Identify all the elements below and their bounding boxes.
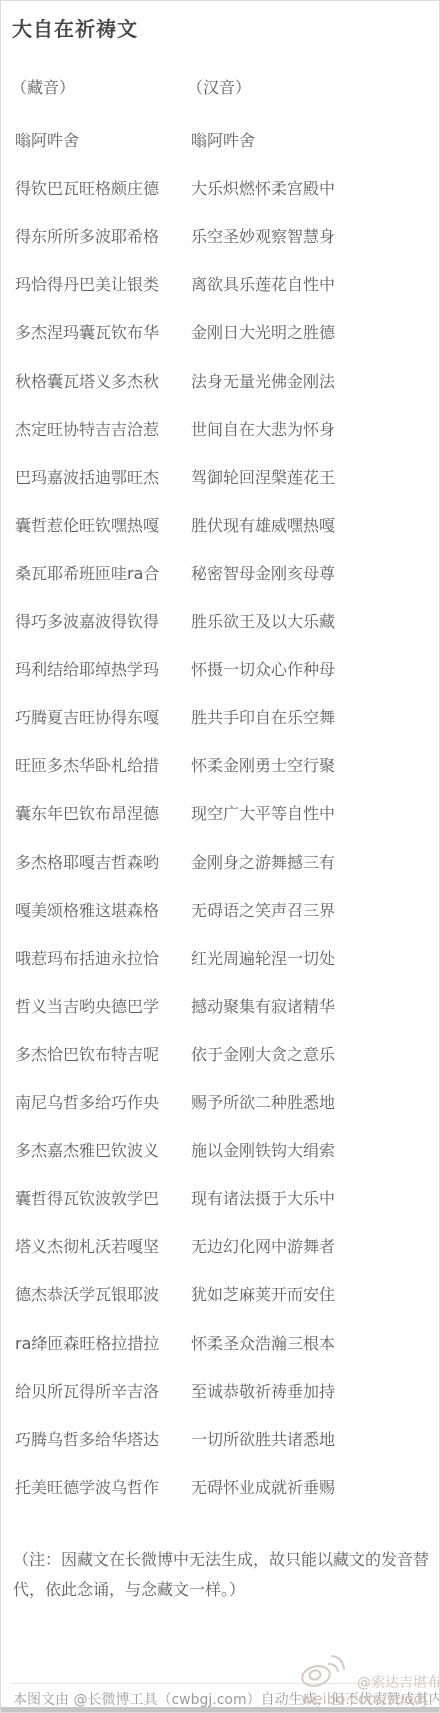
prayer-row: 多杰格耶嘎吉哲森哟金刚身之游舞撼三有 [1,850,439,872]
chinese-meaning: 金刚身之游舞撼三有 [191,850,335,873]
prayer-row: 哦惹玛布括迪永拉恰红光周遍轮涅一切处 [1,946,439,968]
chinese-meaning: 一切所欲胜共诸悉地 [191,1427,335,1450]
prayer-row: 哲义当吉哟央德巴学撼动聚集有寂诸精华 [1,994,439,1016]
tibetan-phonetic: 得钦巴瓦旺格颇庄德 [15,176,159,199]
tibetan-phonetic: 南尼乌哲多给巧作央 [15,1090,159,1113]
tibetan-phonetic: 嘎美颂格雅这堪森格 [15,898,159,921]
chinese-meaning: 大乐炽燃怀柔宫殿中 [191,176,335,199]
footnote: （注：因藏文在长微博中无法生成，故只能以藏文的发音替代，依此念诵，与念藏文一样。… [13,1545,429,1605]
prayer-row: 南尼乌哲多给巧作央赐予所欲二种胜悉地 [1,1090,439,1112]
tibetan-phonetic: 多杰恰巴钦布特吉呢 [15,1042,159,1065]
bottom-strip [1,1707,439,1712]
tibetan-phonetic: 哦惹玛布括迪永拉恰 [15,946,159,969]
prayer-row: 多杰恰巴钦布特吉呢依于金刚大贪之意乐 [1,1042,439,1064]
chinese-meaning: 怀柔圣众浩瀚三根本 [191,1331,335,1354]
tibetan-phonetic: 杰定旺协特吉吉洽惹 [15,417,159,440]
prayer-row: 杰定旺协特吉吉洽惹世间自在大悲为怀身 [1,417,439,439]
tibetan-phonetic: 德杰恭沃学瓦银耶波 [15,1282,159,1305]
weibo-icon [299,1651,347,1693]
prayer-row: 囊哲得瓦钦波敦学巴现有诸法摄于大乐中 [1,1186,439,1208]
tibetan-phonetic: 给贝所瓦得所辛吉洛 [15,1379,159,1402]
chinese-meaning: 法身无量光佛金刚法 [191,369,335,392]
tibetan-phonetic: 得东所所多波耶希格 [15,224,159,247]
watermark-url: weibo.com/suodj [301,1690,427,1708]
prayer-row: 给贝所瓦得所辛吉洛至诚恭敬祈祷垂加持 [1,1379,439,1401]
prayer-row: 桑瓦耶希班匝哇ra合秘密智母金刚亥母尊 [1,561,439,583]
tibetan-phonetic: 秋格囊瓦塔义多杰秋 [15,369,159,392]
watermark-handle: @索达吉堪布 [357,1672,440,1692]
chinese-meaning: 现空广大平等自性中 [191,801,335,824]
page-title: 大自在祈祷文 [12,13,138,42]
tibetan-phonetic: 囊东年巴钦布昂涅德 [15,801,159,824]
prayer-row: 巴玛嘉波括迪鄂旺杰驾御轮回涅槃莲花王 [1,465,439,487]
tibetan-phonetic: 塔义杰彻札沃若嘎坚 [15,1234,159,1257]
prayer-row: 嗡阿吽舍嗡阿吽舍 [1,128,439,150]
chinese-meaning: 金刚日大光明之胜德 [191,320,335,343]
chinese-meaning: 依于金刚大贪之意乐 [191,1042,335,1065]
tibetan-phonetic: ra绛匝森旺格拉措拉 [15,1331,159,1354]
chinese-meaning: 胜共手印自在乐空舞 [191,705,335,728]
prayer-row: ra绛匝森旺格拉措拉怀柔圣众浩瀚三根本 [1,1331,439,1353]
chinese-meaning: 施以金刚铁钩大绢索 [191,1138,335,1161]
tibetan-phonetic: 囊哲惹伦旺钦嘿热嘎 [15,513,159,536]
chinese-meaning: 胜乐欲王及以大乐藏 [191,609,335,632]
prayer-row: 德杰恭沃学瓦银耶波犹如芝麻荚开而安住 [1,1282,439,1304]
tibetan-phonetic: 巧腾乌哲多给华塔达 [15,1427,159,1450]
tibetan-phonetic: 多杰涅玛囊瓦钦布华 [15,320,159,343]
chinese-meaning: 撼动聚集有寂诸精华 [191,994,335,1017]
prayer-row: 托美旺德学波乌哲作无碍怀业成就祈垂赐 [1,1475,439,1497]
chinese-meaning: 怀摄一切众心作种母 [191,657,335,680]
chinese-meaning: 红光周遍轮涅一切处 [191,946,335,969]
prayer-row: 得钦巴瓦旺格颇庄德大乐炽燃怀柔宫殿中 [1,176,439,198]
prayer-row: 得东所所多波耶希格乐空圣妙观察智慧身 [1,224,439,246]
chinese-meaning: 无边幻化网中游舞者 [191,1234,335,1257]
prayer-row: 塔义杰彻札沃若嘎坚无边幻化网中游舞者 [1,1234,439,1256]
tibetan-phonetic: 旺匝多杰华卧札给措 [15,753,159,776]
tibetan-phonetic: 玛恰得丹巴美让银类 [15,272,159,295]
tibetan-phonetic: 玛利结给耶绰热学玛 [15,657,159,680]
tibetan-phonetic: 巴玛嘉波括迪鄂旺杰 [15,465,159,488]
chinese-meaning: 嗡阿吽舍 [191,128,255,151]
chinese-meaning: 胜伏现有雄威嘿热嘎 [191,513,335,536]
tibetan-phonetic: 囊哲得瓦钦波敦学巴 [15,1186,159,1209]
tibetan-phonetic: 哲义当吉哟央德巴学 [15,994,159,1017]
prayer-row: 巧腾乌哲多给华塔达一切所欲胜共诸悉地 [1,1427,439,1449]
chinese-meaning: 离欲具乐莲花自性中 [191,272,335,295]
chinese-meaning: 乐空圣妙观察智慧身 [191,224,335,247]
chinese-meaning: 无碍语之笑声召三界 [191,898,335,921]
prayer-row: 得巧多波嘉波得钦得胜乐欲王及以大乐藏 [1,609,439,631]
chinese-meaning: 世间自在大悲为怀身 [191,417,335,440]
prayer-row: 囊哲惹伦旺钦嘿热嘎胜伏现有雄威嘿热嘎 [1,513,439,535]
prayer-row: 旺匝多杰华卧札给措怀柔金刚勇士空行聚 [1,753,439,775]
tibetan-phonetic: 多杰格耶嘎吉哲森哟 [15,850,159,873]
chinese-meaning: 至诚恭敬祈祷垂加持 [191,1379,335,1402]
chinese-meaning: 犹如芝麻荚开而安住 [191,1282,335,1305]
chinese-meaning: 怀柔金刚勇士空行聚 [191,753,335,776]
tibetan-phonetic: 嗡阿吽舍 [15,128,79,151]
prayer-row: 囊东年巴钦布昂涅德现空广大平等自性中 [1,801,439,823]
prayer-row: 多杰涅玛囊瓦钦布华金刚日大光明之胜德 [1,320,439,342]
tibetan-phonetic: 多杰嘉杰雅巴钦波义 [15,1138,159,1161]
chinese-meaning: 驾御轮回涅槃莲花王 [191,465,335,488]
chinese-meaning: 秘密智母金刚亥母尊 [191,561,335,584]
chinese-meaning: 现有诸法摄于大乐中 [191,1186,335,1209]
tibetan-phonetic: 桑瓦耶希班匝哇ra合 [15,561,159,584]
prayer-row: 秋格囊瓦塔义多杰秋法身无量光佛金刚法 [1,369,439,391]
chinese-meaning: 赐予所欲二种胜悉地 [191,1090,335,1113]
chinese-meaning: 无碍怀业成就祈垂赐 [191,1475,335,1498]
prayer-row: 玛恰得丹巴美让银类离欲具乐莲花自性中 [1,272,439,294]
tibetan-phonetic: 得巧多波嘉波得钦得 [15,609,159,632]
prayer-row: 玛利结给耶绰热学玛怀摄一切众心作种母 [1,657,439,679]
long-weibo-image: 大自在祈祷文 （藏音） （汉音） 嗡阿吽舍嗡阿吽舍得钦巴瓦旺格颇庄德大乐炽燃怀柔… [0,0,440,1713]
prayer-row: 巧腾夏吉旺协得东嘎胜共手印自在乐空舞 [1,705,439,727]
column-header-chinese: （汉音） [187,75,251,98]
tibetan-phonetic: 巧腾夏吉旺协得东嘎 [15,705,159,728]
prayer-row: 多杰嘉杰雅巴钦波义施以金刚铁钩大绢索 [1,1138,439,1160]
prayer-row: 嘎美颂格雅这堪森格无碍语之笑声召三界 [1,898,439,920]
column-header-tibetan: （藏音） [11,75,75,98]
tibetan-phonetic: 托美旺德学波乌哲作 [15,1475,159,1498]
